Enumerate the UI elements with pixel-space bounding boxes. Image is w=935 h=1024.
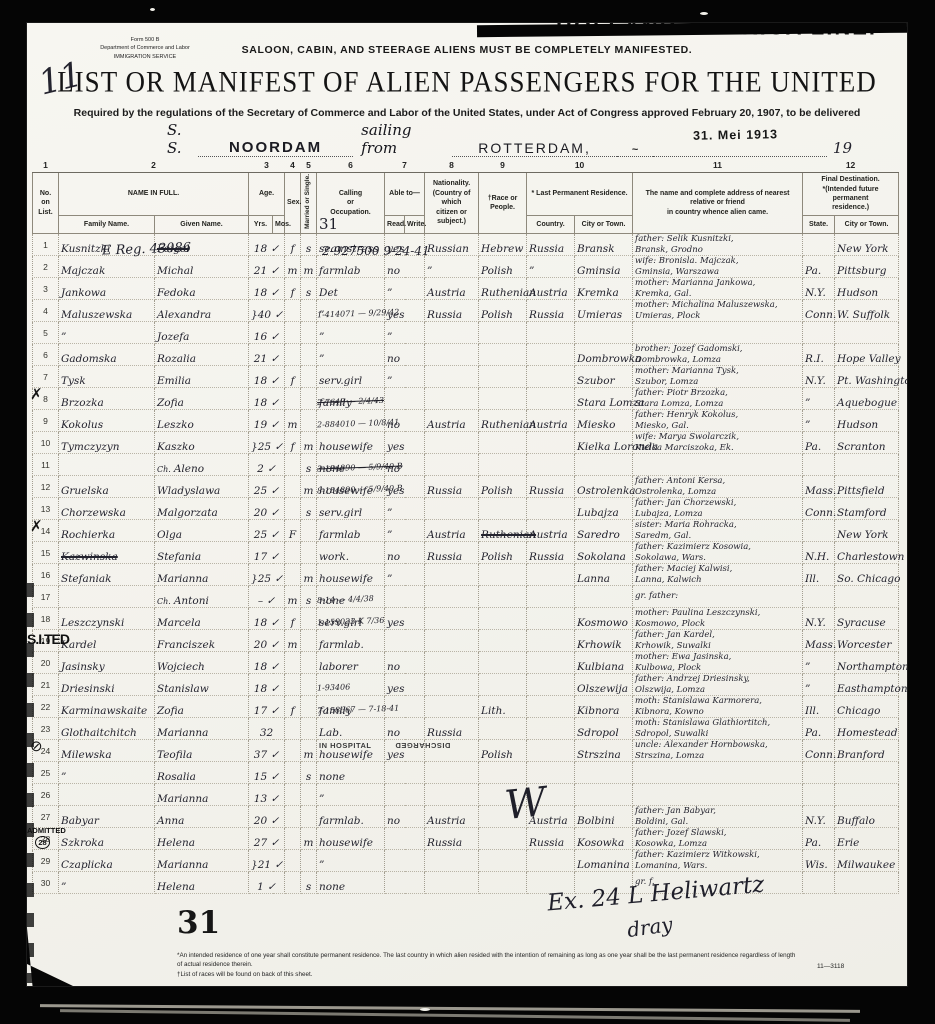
cell-nationality: ” (425, 256, 479, 278)
year-prefix: 19 (827, 139, 852, 157)
cell-row-number: 11 (33, 454, 59, 476)
cell-age: }40 ✓ (249, 300, 285, 322)
cell-nearest-relative: sister: Maria Rohracka, Saredm, Gal. (633, 520, 803, 542)
cell-read-write: no (385, 718, 425, 740)
cell-nearest-relative (633, 762, 803, 784)
cell-race (479, 564, 527, 586)
cell-married-single (301, 652, 317, 674)
cell-family-name: Kazwinska (59, 542, 155, 564)
cell-read-write: ” (385, 366, 425, 388)
cell-married-single: s (301, 498, 317, 520)
cell-age: 18 ✓ (249, 366, 285, 388)
cell-occupation: ” (317, 344, 385, 366)
cell-married-single (301, 300, 317, 322)
cell-row-number: 12 (33, 476, 59, 498)
col-num-10: 10 (527, 157, 633, 173)
cell-residence-country (527, 344, 575, 366)
col-num-9: 9 (479, 157, 527, 173)
cell-given-name: Emilia (155, 366, 249, 388)
cell-occupation: serv.girl1-159023 K 7/36 (317, 608, 385, 630)
scan-binding-smudge (27, 583, 34, 983)
col-num-11: 11 (633, 157, 803, 173)
cell-residence-city: Kosowka (575, 828, 633, 850)
cell-nearest-relative: mother: Michalina Maluszewska, Umieras, … (633, 300, 803, 322)
cell-sex (285, 388, 301, 410)
cell-residence-city: Kielka Loronda (575, 432, 633, 454)
header-given-name: Given Name. (155, 216, 249, 234)
cell-age: 21 ✓ (249, 256, 285, 278)
table-row: 5 ” Jozefa 16 ✓ ” ” (33, 322, 899, 344)
cell-family-name: Tysk (59, 366, 155, 388)
cell-nearest-relative (633, 322, 803, 344)
cell-given-name: Wladyslawa (155, 476, 249, 498)
cell-read-write (385, 586, 425, 608)
cell-sex (285, 828, 301, 850)
cell-residence-country (527, 630, 575, 652)
cell-given-name: Marianna (155, 718, 249, 740)
table-row: 16 Stefaniak Marianna }25 ✓ m housewife … (33, 564, 899, 586)
table-row: 19S.I.TED Kardel Franciszek 20 ✓ m farml… (33, 630, 899, 652)
footnotes: *An intended residence of one year shall… (177, 951, 797, 979)
table-row: 3 Jankowa Fedoka 18 ✓ f s Det ” Austria … (33, 278, 899, 300)
cell-family-name (59, 454, 155, 476)
cell-read-write: ” (385, 498, 425, 520)
cell-destination-state: R.I. (803, 344, 835, 366)
cell-destination-city: Easthampton (835, 674, 899, 696)
cell-row-number: 18 (33, 608, 59, 630)
print-form-number: 11—3118 (817, 963, 844, 970)
table-row: 11 Ch.Aleno 2 ✓ s none3-184890 — 5/9/40 … (33, 454, 899, 476)
manifest-notice: SALOON, CABIN, AND STEERAGE ALIENS MUST … (27, 44, 907, 56)
cell-nearest-relative: brother: Jozef Gadomski, Dombrowka, Lomz… (633, 344, 803, 366)
cell-nearest-relative: father: Piotr Brzozka, Stara Lomza, Lomz… (633, 388, 803, 410)
cell-sex: m (285, 256, 301, 278)
cell-married-single (301, 542, 317, 564)
cell-given-name: Stefania (155, 542, 249, 564)
header-race: †Race or People. (479, 173, 527, 234)
cell-destination-state: ” (803, 674, 835, 696)
cell-married-single (301, 718, 317, 740)
header-read: Read. (385, 216, 405, 234)
cell-given-name: Marianna (155, 784, 249, 806)
cell-race: Polish (479, 542, 527, 564)
cell-residence-city: Dombrowka (575, 344, 633, 366)
cell-race: Lith. (479, 696, 527, 718)
cell-residence-city: Miesko (575, 410, 633, 432)
cell-family-name: Czaplicka (59, 850, 155, 872)
cell-married-single (301, 410, 317, 432)
cell-nationality (425, 586, 479, 608)
cell-married-single: s (301, 454, 317, 476)
cell-occupation: housewife (317, 432, 385, 454)
cell-race: Hebrew (479, 234, 527, 256)
header-age: Age. (249, 173, 285, 216)
table-row: 18 Leszczynski Marcela 18 ✓ f serv.girl1… (33, 608, 899, 630)
cell-destination-city: Charlestown (835, 542, 899, 564)
cell-read-write: ” (385, 564, 425, 586)
cell-destination-state: Pa. (803, 828, 835, 850)
cell-destination-city (835, 454, 899, 476)
col-num-2: 2 (59, 157, 249, 173)
cell-given-name: Stanislaw (155, 674, 249, 696)
header-dest-city: City or Town. (835, 216, 899, 234)
cell-destination-city (835, 586, 899, 608)
table-row: 8✗ Brzozka Zofia 18 ✓ family2-7648 — 2/4… (33, 388, 899, 410)
cell-destination-state: Pa. (803, 718, 835, 740)
cell-residence-city (575, 322, 633, 344)
cell-read-write (385, 784, 425, 806)
cell-given-name: Rozalia (155, 344, 249, 366)
cell-sex (285, 762, 301, 784)
cell-sex (285, 476, 301, 498)
cell-destination-city: Syracuse (835, 608, 899, 630)
cell-family-name: Babyar (59, 806, 155, 828)
table-row: 7 Tysk Emilia 18 ✓ f serv.girl ” Szubor … (33, 366, 899, 388)
scan-speckle (420, 1008, 430, 1011)
cell-nearest-relative: father: Andrzej Driesinsky, Olszwija, Lo… (633, 674, 803, 696)
cell-occupation: farmlab (317, 256, 385, 278)
cell-family-name: Gruelska (59, 476, 155, 498)
cell-destination-state: Pa. (803, 432, 835, 454)
cell-occupation: laborer (317, 652, 385, 674)
cell-residence-country (527, 718, 575, 740)
header-nationality: Nationality. (Country of which citizen o… (425, 173, 479, 234)
cell-married-single (301, 850, 317, 872)
cell-nationality (425, 454, 479, 476)
cell-row-number: 8✗ (33, 388, 59, 410)
cell-nationality (425, 388, 479, 410)
cell-residence-city: Bolbini (575, 806, 633, 828)
cell-destination-state: Ill. (803, 564, 835, 586)
cell-sex (285, 454, 301, 476)
cell-residence-country: Russia (527, 828, 575, 850)
table-row: 6 Gadomska Rozalia 21 ✓ ” no Dombrowka b… (33, 344, 899, 366)
header-nearest-relative: The name and complete address of nearest… (633, 173, 803, 234)
table-row: 29 Czaplicka Marianna }21 ✓ ” Lomanina f… (33, 850, 899, 872)
cell-nationality (425, 696, 479, 718)
cell-nearest-relative: father: Maciej Kalwisi, Lanna, Kalwich (633, 564, 803, 586)
cell-residence-country (527, 674, 575, 696)
cell-nearest-relative: mother: Paulina Leszczynski, Kosmowo, Pl… (633, 608, 803, 630)
cell-read-write (385, 828, 425, 850)
cell-destination-city: Scranton (835, 432, 899, 454)
cell-race (479, 432, 527, 454)
cell-occupation: farmlab. (317, 806, 385, 828)
port-name: ROTTERDAM, (452, 140, 616, 157)
cell-nationality: Russia (425, 828, 479, 850)
registry-annotation: E Reg. 43086 (102, 240, 192, 258)
col-num-3: 3 (249, 157, 285, 173)
table-row: 13 Chorzewska Malgorzata 20 ✓ s serv.gir… (33, 498, 899, 520)
cell-nearest-relative: father: Jan Chorzewski, Lubajza, Lomza (633, 498, 803, 520)
table-row: 17 Ch.Antoni – ✓ m s none8-14 — 4/4/38 g… (33, 586, 899, 608)
cell-race: Polish (479, 476, 527, 498)
cell-sex: f (285, 696, 301, 718)
cell-sex (285, 850, 301, 872)
cell-destination-state (803, 322, 835, 344)
cell-race (479, 828, 527, 850)
cell-sex: f (285, 366, 301, 388)
cell-destination-state (803, 872, 835, 894)
col-num-6: 6 (317, 157, 385, 173)
cell-occupation: family7-158667 — 7-18-41 (317, 696, 385, 718)
cell-race (479, 366, 527, 388)
cell-married-single (301, 630, 317, 652)
cell-occupation: ” (317, 322, 385, 344)
header-yrs: Yrs. (249, 216, 273, 234)
header-country: Country. (527, 216, 575, 234)
cell-age: 18 ✓ (249, 652, 285, 674)
col-num-12: 12 (803, 157, 899, 173)
cell-residence-country (527, 454, 575, 476)
cell-residence-country (527, 498, 575, 520)
cell-residence-city: Kosmowo (575, 608, 633, 630)
cell-residence-city: Lomanina (575, 850, 633, 872)
cell-destination-city (835, 784, 899, 806)
cell-residence-city: Szubor (575, 366, 633, 388)
cell-nearest-relative: father: Henryk Kokolus, Miesko, Gal. (633, 410, 803, 432)
cell-occupation: housewife (317, 564, 385, 586)
header-final-destination: Final Destination. *(Intended future per… (803, 173, 899, 216)
cell-destination-city: Erie (835, 828, 899, 850)
cell-sex (285, 784, 301, 806)
cell-residence-country: Russia (527, 300, 575, 322)
cell-race: Polish (479, 256, 527, 278)
page-subtitle: Required by the regulations of the Secre… (27, 107, 907, 119)
cell-age: 18 ✓ (249, 674, 285, 696)
cell-occupation: farmlab. (317, 630, 385, 652)
cell-residence-country: Russia (527, 234, 575, 256)
cell-given-name: Franciszek (155, 630, 249, 652)
cell-married-single (301, 388, 317, 410)
cell-occupation: ” (317, 850, 385, 872)
table-row: 20 Jasinsky Wojciech 18 ✓ laborer no Kul… (33, 652, 899, 674)
date-stamp: 31. Mei 1913 (693, 127, 778, 142)
cell-read-write: no (385, 256, 425, 278)
cell-married-single: m (301, 828, 317, 850)
cell-destination-state: ” (803, 652, 835, 674)
cell-nearest-relative (633, 784, 803, 806)
cell-destination-city: Aquebogue (835, 388, 899, 410)
cell-family-name: Milewska (59, 740, 155, 762)
cell-age: 20 ✓ (249, 498, 285, 520)
cell-destination-city: New York (835, 520, 899, 542)
cell-family-name: Leszczynski (59, 608, 155, 630)
cell-race (479, 608, 527, 630)
cell-residence-city: Lanna (575, 564, 633, 586)
cell-sex: m (285, 410, 301, 432)
cell-race (479, 388, 527, 410)
cell-race (479, 674, 527, 696)
cell-given-name: Anna (155, 806, 249, 828)
cell-family-name: Jankowa (59, 278, 155, 300)
col-num-4: 4 (285, 157, 301, 173)
case-number-annotation: 2-927500 9-24-41 (322, 244, 430, 258)
cell-occupation: ” (317, 784, 385, 806)
cell-destination-city: New York (835, 234, 899, 256)
cell-row-number: 1 (33, 234, 59, 256)
cell-nearest-relative: father: Kazimierz Witkowski, Lomanina, W… (633, 850, 803, 872)
scan-stage: HOLLAND-AMERICA LINE. Form 500 B Departm… (0, 0, 935, 1024)
cell-nationality (425, 432, 479, 454)
cell-occupation: work. (317, 542, 385, 564)
cell-age: 16 ✓ (249, 322, 285, 344)
cell-nearest-relative: father: Kazimierz Kosowia, Sokolawa, War… (633, 542, 803, 564)
cell-nationality: Russia (425, 476, 479, 498)
cell-read-write: ” (385, 278, 425, 300)
header-write: Write. (405, 216, 425, 234)
col-num-1: 1 (33, 157, 59, 173)
cell-row-number: 20 (33, 652, 59, 674)
cell-race (479, 498, 527, 520)
cell-residence-city: Lubajza (575, 498, 633, 520)
cell-family-name: Szkroka (59, 828, 155, 850)
cell-race: Polish (479, 300, 527, 322)
cell-sex (285, 806, 301, 828)
cell-occupation: housewifeIN HOSPITALDISCHARGED (317, 740, 385, 762)
cell-residence-city: Kibnora (575, 696, 633, 718)
cell-residence-city: Stara Lomza (575, 388, 633, 410)
cell-residence-country (527, 652, 575, 674)
cell-given-name: Malgorzata (155, 498, 249, 520)
cell-residence-city: Sdropol (575, 718, 633, 740)
cell-row-number: 15 (33, 542, 59, 564)
cell-family-name: Kokolus (59, 410, 155, 432)
cell-destination-state: Pa. (803, 256, 835, 278)
cell-row-number: 5 (33, 322, 59, 344)
cell-age: 18 ✓ (249, 278, 285, 300)
cell-row-number: 22 (33, 696, 59, 718)
cell-destination-city: W. Suffolk (835, 300, 899, 322)
cell-occupation: none (317, 762, 385, 784)
footnote-residence: *An intended residence of one year shall… (177, 951, 797, 970)
cell-race (479, 718, 527, 740)
col-num-7: 7 (385, 157, 425, 173)
cell-nationality (425, 630, 479, 652)
col-num-8: 8 (425, 157, 479, 173)
cell-nationality (425, 344, 479, 366)
inspector-signature-line2: dray (626, 912, 674, 942)
header-state: State. (803, 216, 835, 234)
cell-nearest-relative: mother: Ewa Jasinska, Kulbowa, Plock (633, 652, 803, 674)
table-row: 26 Marianna 13 ✓ ” (33, 784, 899, 806)
cell-sex (285, 740, 301, 762)
table-row: 22 Karminawskaite Zofia 17 ✓ f family7-1… (33, 696, 899, 718)
cell-sex: F (285, 520, 301, 542)
cell-married-single: m (301, 432, 317, 454)
table-row: 14✗ Rochierka Olga 25 ✓ F farmlab ” Aust… (33, 520, 899, 542)
cell-race: Ruthenian (479, 278, 527, 300)
cell-race (479, 630, 527, 652)
cell-sex (285, 652, 301, 674)
cell-row-number: 17 (33, 586, 59, 608)
cell-row-number: 28ADMITTED28 (33, 828, 59, 850)
cell-age: 18 ✓ (249, 388, 285, 410)
cell-destination-state: N.Y. (803, 806, 835, 828)
cell-married-single (301, 344, 317, 366)
cell-occupation: 2-884010 — 10/8/41 (317, 410, 385, 432)
cell-nationality: Russia (425, 300, 479, 322)
cell-nationality: Austria (425, 806, 479, 828)
cell-destination-state: ” (803, 410, 835, 432)
cell-race (479, 344, 527, 366)
cell-residence-country: Austria (527, 520, 575, 542)
cell-married-single: m (301, 740, 317, 762)
cell-destination-city (835, 872, 899, 894)
cell-sex: f (285, 608, 301, 630)
cell-row-number: 26 (33, 784, 59, 806)
cell-read-write: yes (385, 608, 425, 630)
cell-occupation: serv.girl (317, 498, 385, 520)
cell-read-write (385, 388, 425, 410)
cell-residence-country (527, 366, 575, 388)
cell-age: 25 ✓ (249, 476, 285, 498)
cell-destination-state: Mass. (803, 630, 835, 652)
cell-nationality (425, 498, 479, 520)
cell-nearest-relative: wife: Marya Swolarczik, Kielka Marciszok… (633, 432, 803, 454)
cell-read-write: no (385, 806, 425, 828)
cell-destination-city: Stamford (835, 498, 899, 520)
cell-family-name: Karminawskaite (59, 696, 155, 718)
cell-age: 25 ✓ (249, 520, 285, 542)
table-row: 24⊘ Milewska Teofila 37 ✓ m housewifeIN … (33, 740, 899, 762)
cell-given-name: Ch.Antoni (155, 586, 249, 608)
header-row-main: No. on List. NAME IN FULL. Age. Sex. Mar… (33, 173, 899, 216)
cell-residence-city: Bransk (575, 234, 633, 256)
cell-age: 15 ✓ (249, 762, 285, 784)
cell-destination-city: Worcester (835, 630, 899, 652)
cell-married-single: m (301, 256, 317, 278)
cell-given-name: Helena (155, 872, 249, 894)
cell-read-write: no (385, 652, 425, 674)
cell-read-write (385, 872, 425, 894)
cell-sex (285, 564, 301, 586)
cell-given-name: Ch.Aleno (155, 454, 249, 476)
cell-row-number: 27 (33, 806, 59, 828)
cell-race (479, 454, 527, 476)
cell-race (479, 872, 527, 894)
cell-sex (285, 322, 301, 344)
cell-destination-city: Buffalo (835, 806, 899, 828)
cell-read-write (385, 850, 425, 872)
form-number-line: Form 500 B (85, 36, 205, 44)
cell-given-name: Teofila (155, 740, 249, 762)
cell-family-name: Jasinsky (59, 652, 155, 674)
cell-read-write: yes (385, 674, 425, 696)
cell-age: 37 ✓ (249, 740, 285, 762)
cell-row-number: 21 (33, 674, 59, 696)
cell-destination-city: Branford (835, 740, 899, 762)
cell-residence-country (527, 586, 575, 608)
cell-age: }25 ✓ (249, 564, 285, 586)
cell-nearest-relative: mother: Marianna Tysk, Szubor, Lomza (633, 366, 803, 388)
cell-destination-state: Conn. (803, 740, 835, 762)
cell-occupation: farmlab (317, 520, 385, 542)
cell-given-name: Michal (155, 256, 249, 278)
cell-destination-state: N.Y. (803, 608, 835, 630)
cell-occupation: none (317, 872, 385, 894)
cell-race (479, 850, 527, 872)
w-scribble: W (503, 779, 549, 829)
cell-age: 18 ✓ (249, 234, 285, 256)
cell-given-name: Marcela (155, 608, 249, 630)
cell-age: 27 ✓ (249, 828, 285, 850)
cell-nearest-relative: father: Antoni Kersa, Ostrolenka, Lomza (633, 476, 803, 498)
cell-residence-city: Saredro (575, 520, 633, 542)
cell-destination-state: ” (803, 388, 835, 410)
cell-residence-city (575, 454, 633, 476)
cell-family-name: Stefaniak (59, 564, 155, 586)
